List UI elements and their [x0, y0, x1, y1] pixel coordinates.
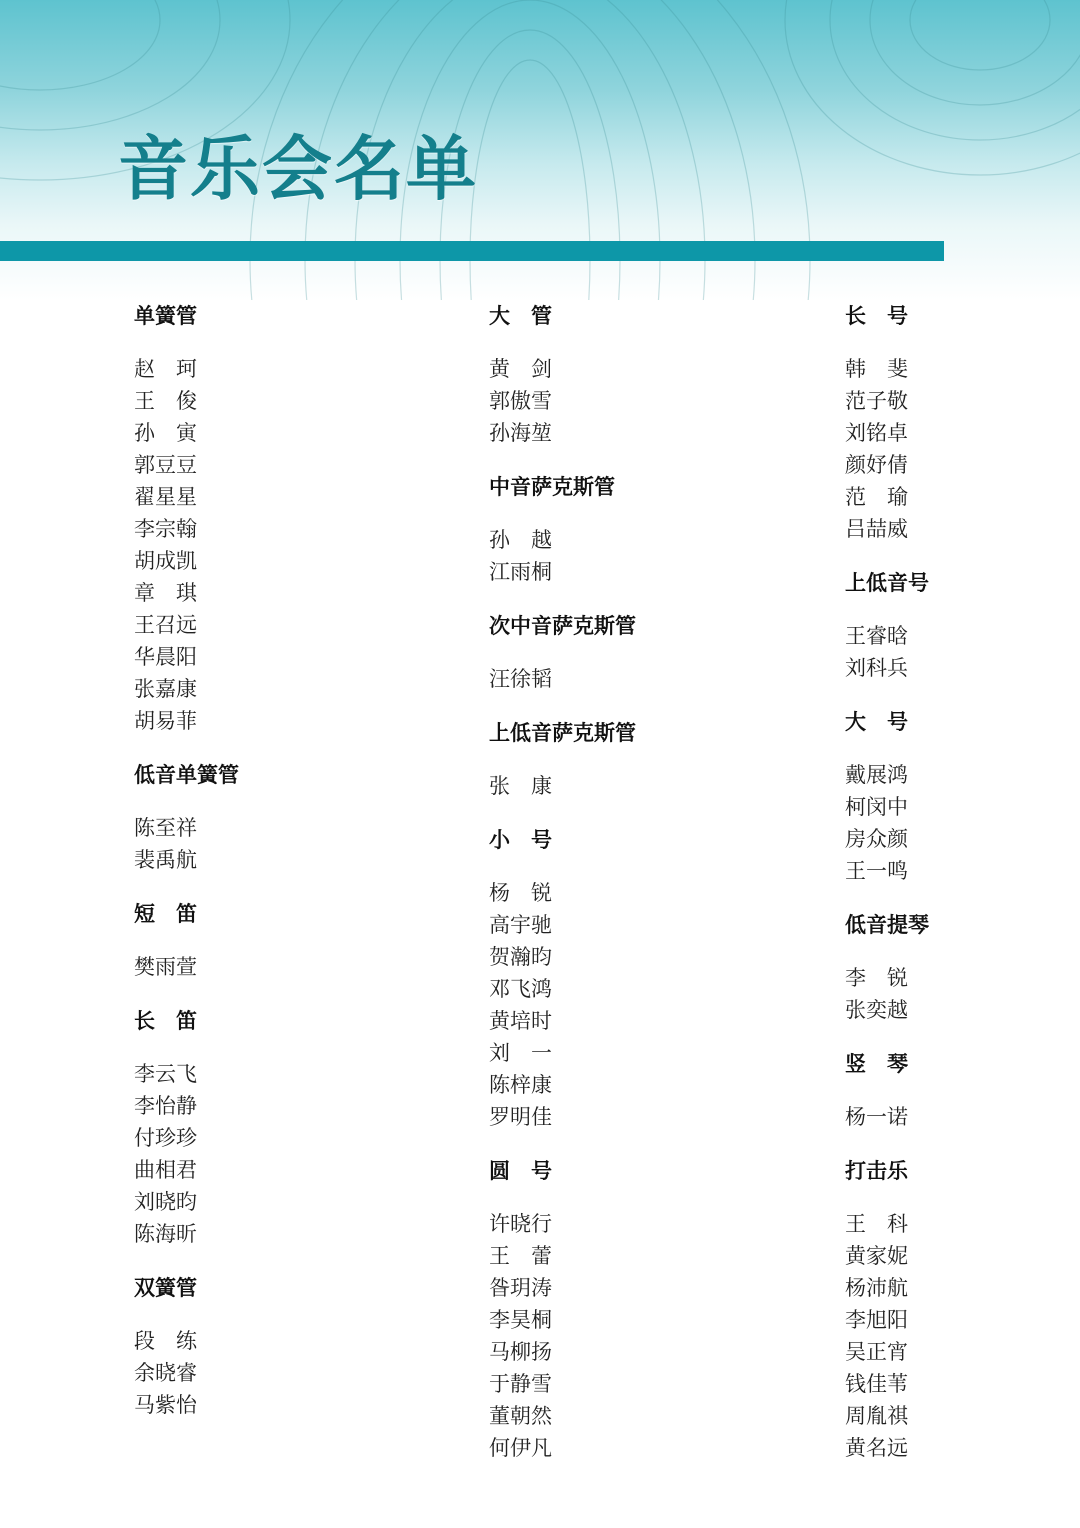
section-heading: 打击乐 [845, 1155, 1080, 1187]
performer-name: 昝玥涛 [489, 1272, 789, 1304]
performer-name: 曲相君 [134, 1154, 434, 1186]
performer-name: 高宇驰 [489, 909, 789, 941]
instrument-section: 圆 号许晓行王 蕾昝玥涛李昊桐马柳扬于静雪董朝然何伊凡 [489, 1155, 789, 1464]
performer-name: 王召远 [134, 609, 434, 641]
performer-name: 章 琪 [134, 577, 434, 609]
section-heading: 单簧管 [134, 300, 434, 332]
instrument-section: 中音萨克斯管孙 越江雨桐 [489, 471, 789, 588]
section-heading: 长 笛 [134, 1005, 434, 1037]
performer-name: 胡成凯 [134, 545, 434, 577]
performer-name: 王 科 [845, 1208, 1080, 1240]
instrument-section: 上低音号王睿晗刘科兵 [845, 567, 1080, 684]
performer-list: 汪徐韬 [489, 663, 789, 695]
performer-name: 李 锐 [845, 962, 1080, 994]
performer-name: 罗明佳 [489, 1101, 789, 1133]
performer-name: 江雨桐 [489, 556, 789, 588]
section-heading: 大 管 [489, 300, 789, 332]
section-heading: 圆 号 [489, 1155, 789, 1187]
performer-name: 李昊桐 [489, 1304, 789, 1336]
section-heading: 中音萨克斯管 [489, 471, 789, 503]
performer-name: 华晨阳 [134, 641, 434, 673]
performer-name: 张 康 [489, 770, 789, 802]
performer-list: 杨 锐高宇驰贺瀚昀邓飞鸿黄培时刘 一陈梓康罗明佳 [489, 877, 789, 1133]
performer-name: 孙 寅 [134, 417, 434, 449]
performer-name: 刘铭卓 [845, 417, 1080, 449]
performer-name: 王 蕾 [489, 1240, 789, 1272]
performer-list: 杨一诺 [845, 1101, 1080, 1133]
performer-name: 马柳扬 [489, 1336, 789, 1368]
performer-name: 杨一诺 [845, 1101, 1080, 1133]
performer-name: 刘晓昀 [134, 1186, 434, 1218]
section-heading: 低音提琴 [845, 909, 1080, 941]
instrument-section: 短 笛樊雨萱 [134, 898, 434, 983]
performer-name: 李旭阳 [845, 1304, 1080, 1336]
performer-name: 赵 珂 [134, 353, 434, 385]
performer-name: 胡易菲 [134, 705, 434, 737]
performer-list: 陈至祥裴禹航 [134, 812, 434, 876]
performer-name: 戴展鸿 [845, 759, 1080, 791]
performer-name: 刘 一 [489, 1037, 789, 1069]
performer-name: 樊雨萱 [134, 951, 434, 983]
section-heading: 双簧管 [134, 1272, 434, 1304]
section-heading: 次中音萨克斯管 [489, 610, 789, 642]
performer-name: 黄家妮 [845, 1240, 1080, 1272]
performer-list: 韩 斐范子敬刘铭卓颜妤倩范 瑜吕喆威 [845, 353, 1080, 545]
roster-column-3: 长 号韩 斐范子敬刘铭卓颜妤倩范 瑜吕喆威上低音号王睿晗刘科兵大 号戴展鸿柯闵中… [845, 300, 1080, 1486]
performer-name: 董朝然 [489, 1400, 789, 1432]
performer-name: 邓飞鸿 [489, 973, 789, 1005]
section-heading: 上低音萨克斯管 [489, 717, 789, 749]
performer-name: 余晓睿 [134, 1357, 434, 1389]
performer-name: 郭豆豆 [134, 449, 434, 481]
instrument-section: 长 笛李云飞李怡静付珍珍曲相君刘晓昀陈海昕 [134, 1005, 434, 1250]
performer-name: 王 俊 [134, 385, 434, 417]
performer-list: 赵 珂王 俊孙 寅郭豆豆翟星星李宗翰胡成凯章 琪王召远华晨阳张嘉康胡易菲 [134, 353, 434, 737]
performer-list: 王 科黄家妮杨沛航李旭阳吴正宵钱佳苇周胤祺黄名远 [845, 1208, 1080, 1464]
performer-name: 李怡静 [134, 1090, 434, 1122]
section-heading: 长 号 [845, 300, 1080, 332]
performer-name: 马紫怡 [134, 1389, 434, 1421]
performer-name: 周胤祺 [845, 1400, 1080, 1432]
performer-name: 裴禹航 [134, 844, 434, 876]
instrument-section: 单簧管赵 珂王 俊孙 寅郭豆豆翟星星李宗翰胡成凯章 琪王召远华晨阳张嘉康胡易菲 [134, 300, 434, 737]
performer-name: 吴正宵 [845, 1336, 1080, 1368]
performer-name: 孙 越 [489, 524, 789, 556]
performer-name: 颜妤倩 [845, 449, 1080, 481]
performer-name: 陈至祥 [134, 812, 434, 844]
performer-name: 刘科兵 [845, 652, 1080, 684]
performer-list: 樊雨萱 [134, 951, 434, 983]
performer-list: 张 康 [489, 770, 789, 802]
performer-name: 贺瀚昀 [489, 941, 789, 973]
performer-name: 房众颜 [845, 823, 1080, 855]
instrument-section: 小 号杨 锐高宇驰贺瀚昀邓飞鸿黄培时刘 一陈梓康罗明佳 [489, 824, 789, 1133]
performer-name: 孙海堃 [489, 417, 789, 449]
performer-name: 于静雪 [489, 1368, 789, 1400]
performer-name: 吕喆威 [845, 513, 1080, 545]
instrument-section: 大 管黄 剑郭傲雪孙海堃 [489, 300, 789, 449]
section-heading: 大 号 [845, 706, 1080, 738]
performer-name: 汪徐韬 [489, 663, 789, 695]
performer-list: 许晓行王 蕾昝玥涛李昊桐马柳扬于静雪董朝然何伊凡 [489, 1208, 789, 1464]
instrument-section: 打击乐王 科黄家妮杨沛航李旭阳吴正宵钱佳苇周胤祺黄名远 [845, 1155, 1080, 1464]
performer-name: 黄 剑 [489, 353, 789, 385]
instrument-section: 双簧管段 练余晓睿马紫怡 [134, 1272, 434, 1421]
performer-list: 孙 越江雨桐 [489, 524, 789, 588]
performer-name: 范子敬 [845, 385, 1080, 417]
title-underline-bar [0, 241, 944, 261]
page-title: 音乐会名单 [118, 128, 478, 210]
performer-list: 黄 剑郭傲雪孙海堃 [489, 353, 789, 449]
performer-name: 段 练 [134, 1325, 434, 1357]
instrument-section: 上低音萨克斯管张 康 [489, 717, 789, 802]
performer-list: 李云飞李怡静付珍珍曲相君刘晓昀陈海昕 [134, 1058, 434, 1250]
section-heading: 短 笛 [134, 898, 434, 930]
performer-name: 钱佳苇 [845, 1368, 1080, 1400]
roster-column-1: 单簧管赵 珂王 俊孙 寅郭豆豆翟星星李宗翰胡成凯章 琪王召远华晨阳张嘉康胡易菲低… [134, 300, 434, 1443]
instrument-section: 低音单簧管陈至祥裴禹航 [134, 759, 434, 876]
performer-list: 段 练余晓睿马紫怡 [134, 1325, 434, 1421]
performer-name: 黄名远 [845, 1432, 1080, 1464]
performer-name: 王一鸣 [845, 855, 1080, 887]
performer-list: 王睿晗刘科兵 [845, 620, 1080, 684]
instrument-section: 大 号戴展鸿柯闵中房众颜王一鸣 [845, 706, 1080, 887]
performer-name: 韩 斐 [845, 353, 1080, 385]
performer-name: 杨沛航 [845, 1272, 1080, 1304]
section-heading: 竖 琴 [845, 1048, 1080, 1080]
performer-name: 张奕越 [845, 994, 1080, 1026]
performer-name: 陈海昕 [134, 1218, 434, 1250]
performer-name: 李宗翰 [134, 513, 434, 545]
performer-name: 陈梓康 [489, 1069, 789, 1101]
performer-name: 翟星星 [134, 481, 434, 513]
instrument-section: 竖 琴杨一诺 [845, 1048, 1080, 1133]
instrument-section: 低音提琴李 锐张奕越 [845, 909, 1080, 1026]
performer-name: 柯闵中 [845, 791, 1080, 823]
performer-name: 许晓行 [489, 1208, 789, 1240]
performer-list: 戴展鸿柯闵中房众颜王一鸣 [845, 759, 1080, 887]
performer-list: 李 锐张奕越 [845, 962, 1080, 1026]
performer-name: 黄培时 [489, 1005, 789, 1037]
instrument-section: 次中音萨克斯管汪徐韬 [489, 610, 789, 695]
performer-name: 张嘉康 [134, 673, 434, 705]
performer-name: 何伊凡 [489, 1432, 789, 1464]
instrument-section: 长 号韩 斐范子敬刘铭卓颜妤倩范 瑜吕喆威 [845, 300, 1080, 545]
performer-name: 王睿晗 [845, 620, 1080, 652]
performer-name: 范 瑜 [845, 481, 1080, 513]
performer-name: 杨 锐 [489, 877, 789, 909]
roster-column-2: 大 管黄 剑郭傲雪孙海堃中音萨克斯管孙 越江雨桐次中音萨克斯管汪徐韬上低音萨克斯… [489, 300, 789, 1486]
section-heading: 小 号 [489, 824, 789, 856]
performer-name: 李云飞 [134, 1058, 434, 1090]
section-heading: 低音单簧管 [134, 759, 434, 791]
section-heading: 上低音号 [845, 567, 1080, 599]
performer-name: 郭傲雪 [489, 385, 789, 417]
performer-name: 付珍珍 [134, 1122, 434, 1154]
